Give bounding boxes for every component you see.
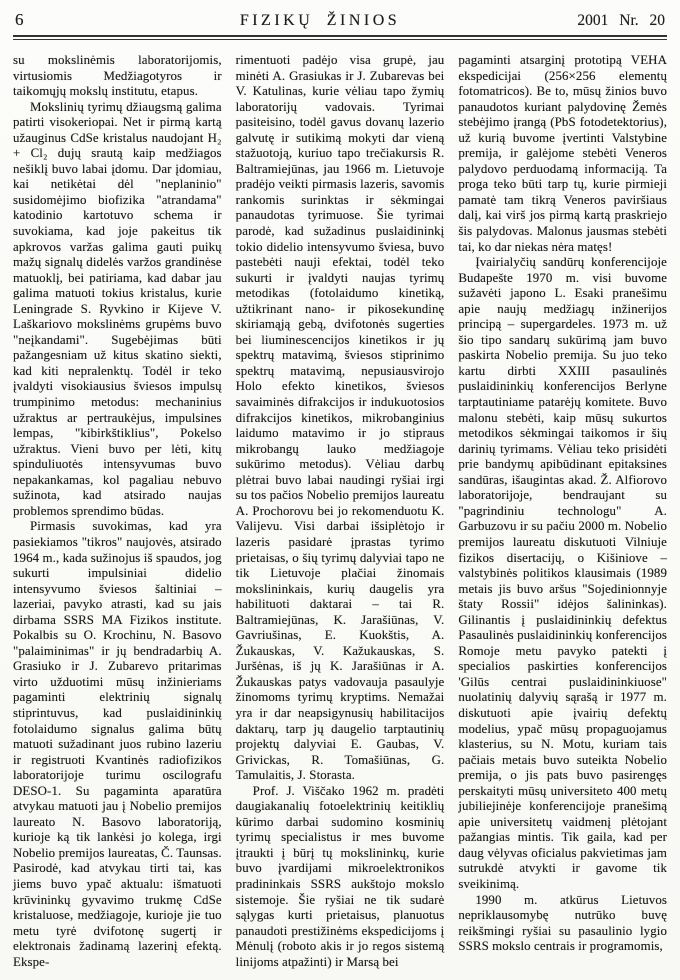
- paragraph: rimentuoti padėjo visa grupė, jau minėti…: [236, 53, 445, 784]
- text-column-3: pagaminti atsarginį prototipą VEHA ekspe…: [458, 53, 667, 970]
- header-divider: [13, 35, 667, 40]
- paragraph: su mokslinėmis laboratorijomis, virtusio…: [13, 53, 222, 100]
- issue-number: 2001 Nr. 20: [535, 12, 665, 30]
- paragraph: Įvairialyčių sandūrų konferencijoje Buda…: [458, 255, 667, 892]
- journal-page: 6 FIZIKŲ ŽINIOS 2001 Nr. 20 su mokslinėm…: [0, 0, 680, 980]
- paragraph: Prof. J. Viščako 1962 m. pradėti daugiak…: [236, 784, 445, 971]
- text-columns: su mokslinėmis laboratorijomis, virtusio…: [13, 53, 667, 970]
- paragraph: 1990 m. atkūrus Lietuvos nepriklausomybę…: [458, 893, 667, 955]
- text-column-2: rimentuoti padėjo visa grupė, jau minėti…: [236, 53, 445, 970]
- text-column-1: su mokslinėmis laboratorijomis, virtusio…: [13, 53, 222, 970]
- page-number: 6: [15, 10, 105, 30]
- page-header: 6 FIZIKŲ ŽINIOS 2001 Nr. 20: [13, 8, 667, 30]
- paragraph: Mokslinių tyrimų džiaugsmą galima patirt…: [13, 100, 222, 520]
- paragraph: pagaminti atsarginį prototipą VEHA ekspe…: [458, 53, 667, 255]
- journal-title: FIZIKŲ ŽINIOS: [105, 12, 535, 30]
- paragraph: Pirmasis suvokimas, kad yra pasiekiamos …: [13, 519, 222, 970]
